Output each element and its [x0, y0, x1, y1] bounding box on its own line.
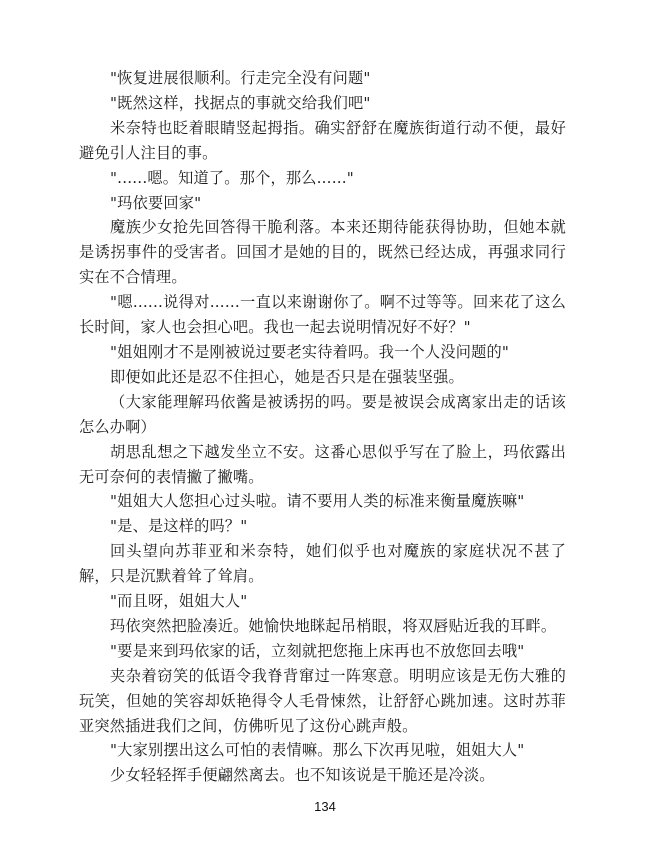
paragraph: "既然这样，找据点的事就交给我们吧": [79, 91, 566, 116]
page-body: "恢复进展很顺利。行走完全没有问题" "既然这样，找据点的事就交给我们吧" 米奈…: [79, 66, 566, 788]
paragraph: "姐姐大人您担心过头啦。请不要用人类的标准来衡量魔族嘛": [79, 489, 566, 514]
paragraph: 魔族少女抢先回答得干脆利落。本来还期待能获得协助，但她本就是诱拐事件的受害者。回…: [79, 215, 566, 290]
paragraph: "嗯......说得对......一直以来谢谢你了。啊不过等等。回来花了这么长时…: [79, 290, 566, 340]
paragraph: "玛依要回家": [79, 191, 566, 216]
paragraph: 少女轻轻挥手便翩然离去。也不知该说是干脆还是冷淡。: [79, 763, 566, 788]
paragraph: 夹杂着窃笑的低语令我脊背窜过一阵寒意。明明应该是无伤大雅的玩笑，但她的笑容却妖艳…: [79, 664, 566, 739]
paragraph: "而且呀，姐姐大人": [79, 589, 566, 614]
paragraph: "要是来到玛依家的话，立刻就把您拖上床再也不放您回去哦": [79, 639, 566, 664]
paragraph: "姐姐刚才不是刚被说过要老实待着吗。我一个人没问题的": [79, 340, 566, 365]
paragraph: 胡思乱想之下越发坐立不安。这番心思似乎写在了脸上，玛依露出无可奈何的表情撇了撇嘴…: [79, 440, 566, 490]
page-number: 134: [0, 799, 650, 814]
paragraph: （大家能理解玛依酱是被诱拐的吗。要是被误会成离家出走的话该怎么办啊）: [79, 390, 566, 440]
paragraph: "恢复进展很顺利。行走完全没有问题": [79, 66, 566, 91]
paragraph: "大家别摆出这么可怕的表情嘛。那么下次再见啦，姐姐大人": [79, 738, 566, 763]
paragraph: "......嗯。知道了。那个，那么......": [79, 166, 566, 191]
paragraph: 玛依突然把脸凑近。她愉快地眯起吊梢眼，将双唇贴近我的耳畔。: [79, 614, 566, 639]
paragraph: "是、是这样的吗？": [79, 514, 566, 539]
paragraph: 回头望向苏菲亚和米奈特，她们似乎也对魔族的家庭状况不甚了解，只是沉默着耸了耸肩。: [79, 539, 566, 589]
paragraph: 米奈特也眨着眼睛竖起拇指。确实舒舒在魔族街道行动不便，最好避免引人注目的事。: [79, 116, 566, 166]
paragraph: 即便如此还是忍不住担心，她是否只是在强装坚强。: [79, 365, 566, 390]
